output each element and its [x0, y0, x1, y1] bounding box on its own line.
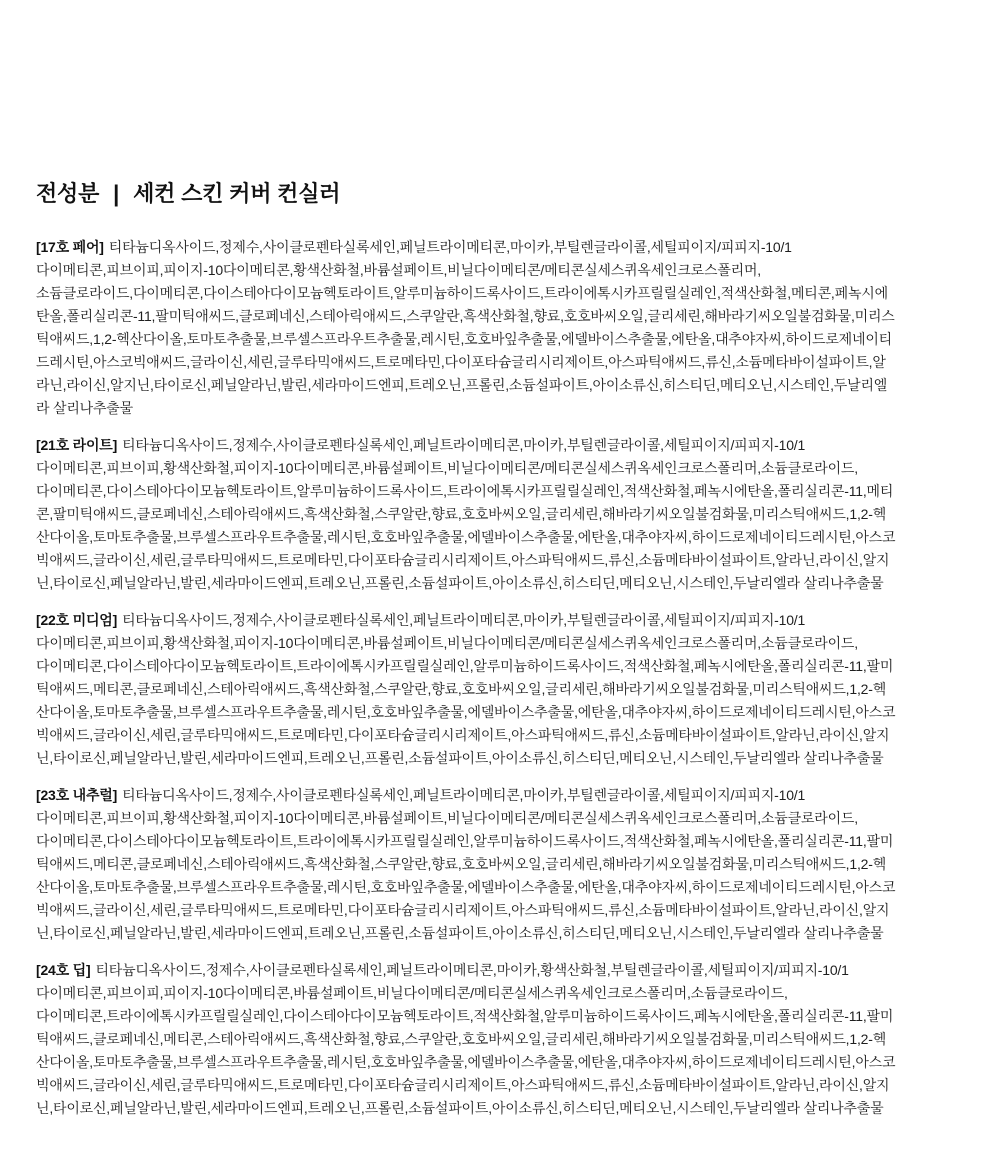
title-heading: 전성분 — [36, 180, 99, 208]
page-title: 전성분 | 세컨 스킨 커버 컨실러 — [36, 180, 966, 208]
shade-label-21-light: [21호 라이트] — [36, 437, 117, 453]
shade-section-21-light: [21호 라이트]티타늄디옥사이드,정제수,사이클로펜타실록세인,페닐트라이메티… — [36, 434, 966, 595]
shade-label-24-deep: [24호 딥] — [36, 962, 90, 978]
shade-section-23-natural: [23호 내추럴]티타늄디옥사이드,정제수,사이클로펜타실록세인,페닐트라이메티… — [36, 784, 966, 945]
title-divider: | — [113, 179, 119, 208]
ingredient-document: 전성분 | 세컨 스킨 커버 컨실러 [17호 페어]티타늄디옥사이드,정제수,… — [0, 0, 1000, 1176]
ingredient-text-23-natural: 티타늄디옥사이드,정제수,사이클로펜타실록세인,페닐트라이메티콘,마이카,부틸렌… — [36, 787, 895, 941]
ingredient-text-17-fair: 티타늄디옥사이드,정제수,사이클로펜타실록세인,페닐트라이메티콘,마이카,부틸렌… — [36, 239, 895, 416]
shade-label-22-medium: [22호 미디엄] — [36, 612, 117, 628]
shade-section-17-fair: [17호 페어]티타늄디옥사이드,정제수,사이클로펜타실록세인,페닐트라이메티콘… — [36, 236, 966, 420]
shade-section-24-deep: [24호 딥]티타늄디옥사이드,정제수,사이클로펜타실록세인,페닐트라이메티콘,… — [36, 959, 966, 1120]
shade-label-17-fair: [17호 페어] — [36, 239, 104, 255]
ingredient-text-24-deep: 티타늄디옥사이드,정제수,사이클로펜타실록세인,페닐트라이메티콘,마이카,황색산… — [36, 962, 895, 1116]
ingredient-text-21-light: 티타늄디옥사이드,정제수,사이클로펜타실록세인,페닐트라이메티콘,마이카,부틸렌… — [36, 437, 895, 591]
shade-section-22-medium: [22호 미디엄]티타늄디옥사이드,정제수,사이클로펜타실록세인,페닐트라이메티… — [36, 609, 966, 770]
shade-label-23-natural: [23호 내추럴] — [36, 787, 117, 803]
ingredient-text-22-medium: 티타늄디옥사이드,정제수,사이클로펜타실록세인,페닐트라이메티콘,마이카,부틸렌… — [36, 612, 895, 766]
title-product-name: 세컨 스킨 커버 컨실러 — [133, 180, 340, 208]
